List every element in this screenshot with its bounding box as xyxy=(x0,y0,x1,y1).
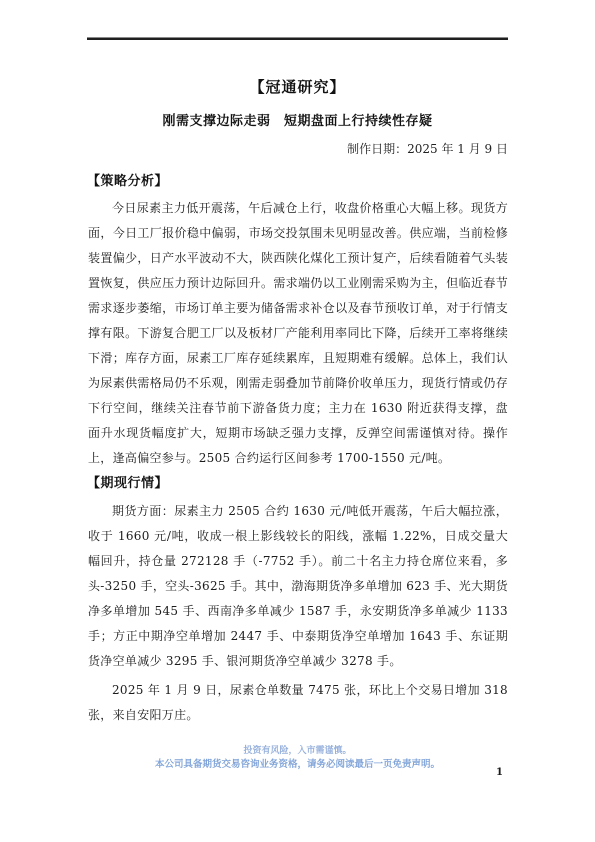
footer-disclaimer: 投资有风险，入市需谨慎。 本公司具备期货交易咨询业务资格，请务必阅读最后一页免责… xyxy=(60,745,535,771)
report-title: 刚需支撑边际走弱 短期盘面上行持续性存疑 xyxy=(60,110,535,129)
paragraph-warehouse-receipts: 2025 年 1 月 9 日，尿素仓单数量 7475 张，环比上个交易日增加 3… xyxy=(88,678,508,728)
footer-risk-warning: 投资有风险，入市需谨慎。 xyxy=(60,745,535,758)
header-rule xyxy=(87,37,508,40)
brand-title: 【冠通研究】 xyxy=(87,76,508,97)
section-heading-market: 【期现行情】 xyxy=(87,472,508,491)
document-page: 【冠通研究】 刚需支撑边际走弱 短期盘面上行持续性存疑 制作日期：2025 年 … xyxy=(0,0,595,842)
paragraph-strategy-analysis: 今日尿素主力低开震荡，午后减仓上行，收盘价格重心大幅上移。现货方面，今日工厂报价… xyxy=(88,196,508,471)
section-heading-strategy: 【策略分析】 xyxy=(87,170,508,189)
report-date: 制作日期：2025 年 1 月 9 日 xyxy=(87,140,508,157)
paragraph-futures-market: 期货方面：尿素主力 2505 合约 1630 元/吨低开震荡，午后大幅拉涨，收于… xyxy=(88,499,508,674)
footer-qualification-notice: 本公司具备期货交易咨询业务资格，请务必阅读最后一页免责声明。 xyxy=(60,758,535,771)
page-number: 1 xyxy=(496,767,503,778)
